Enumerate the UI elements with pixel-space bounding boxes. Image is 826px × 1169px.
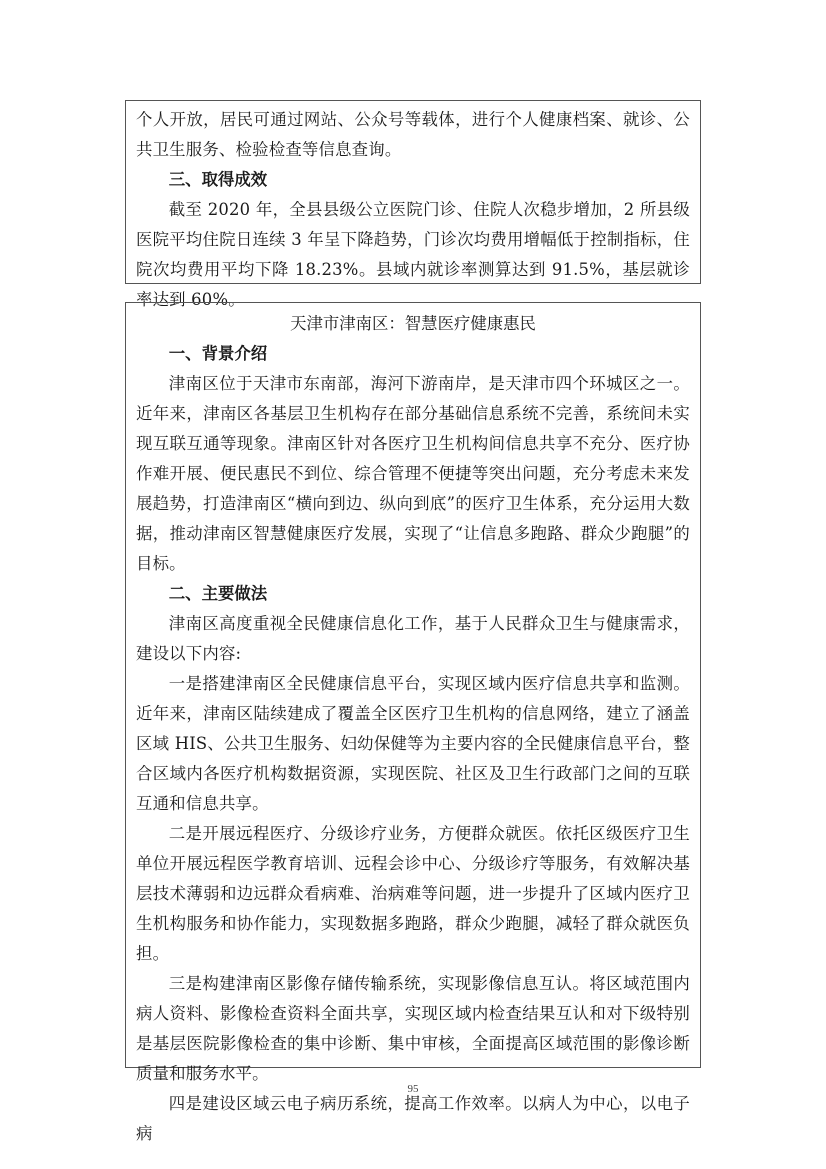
- results-heading: 三、取得成效: [136, 165, 690, 195]
- practices-intro: 津南区高度重视全民健康信息化工作，基于人民群众卫生与健康需求，建设以下内容:: [136, 609, 690, 669]
- case-box: 天津市津南区：智慧医疗健康惠民 一、背景介绍 津南区位于天津市东南部，海河下游南…: [125, 302, 701, 1068]
- background-paragraph: 津南区位于天津市东南部，海河下游南岸，是天津市四个环城区之一。近年来，津南区各基…: [136, 369, 690, 579]
- results-paragraph: 截至 2020 年，全县县级公立医院门诊、住院人次稳步增加，2 所县级医院平均住…: [136, 195, 690, 315]
- page-number: 95: [0, 1083, 826, 1095]
- practice-item-3: 三是构建津南区影像存储传输系统，实现影像信息互认。将区域范围内病人资料、影像检查…: [136, 969, 690, 1089]
- practice-item-4: 四是建设区域云电子病历系统，提高工作效率。以病人为中心，以电子病: [136, 1089, 690, 1149]
- previous-case-box: 个人开放，居民可通过网站、公众号等载体，进行个人健康档案、就诊、公共卫生服务、检…: [125, 100, 701, 284]
- practices-heading: 二、主要做法: [136, 579, 690, 609]
- continued-paragraph: 个人开放，居民可通过网站、公众号等载体，进行个人健康档案、就诊、公共卫生服务、检…: [136, 105, 690, 165]
- practice-item-2: 二是开展远程医疗、分级诊疗业务，方便群众就医。依托区级医疗卫生单位开展远程医学教…: [136, 819, 690, 969]
- case-title: 天津市津南区：智慧医疗健康惠民: [136, 309, 690, 339]
- practice-item-1: 一是搭建津南区全民健康信息平台，实现区域内医疗信息共享和监测。近年来，津南区陆续…: [136, 669, 690, 819]
- background-heading: 一、背景介绍: [136, 339, 690, 369]
